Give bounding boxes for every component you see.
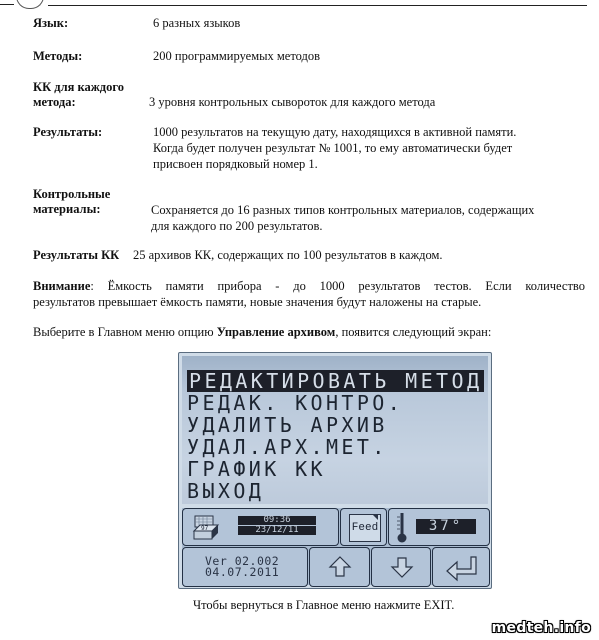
spec-label: материалы: bbox=[33, 202, 101, 217]
spec-value: 200 программируемых методов bbox=[153, 49, 320, 64]
version-date: 04.07.2011 bbox=[205, 567, 279, 578]
menu-option-name: Управление архивом bbox=[217, 325, 336, 339]
logo-icon bbox=[16, 0, 44, 9]
status-panel: 97 09:36 23/12/11 Feed 37° bbox=[182, 508, 488, 585]
thermometer-icon bbox=[397, 512, 407, 544]
watermark: medteh.info bbox=[492, 620, 591, 636]
svg-text:97: 97 bbox=[201, 525, 209, 532]
spec-value: присвоен порядковый номер 1. bbox=[153, 157, 318, 172]
arrow-up-icon bbox=[328, 555, 352, 579]
clock-time: 09:36 bbox=[238, 516, 316, 525]
feed-cell[interactable]: Feed bbox=[340, 508, 387, 546]
spec-value: 6 разных языков bbox=[153, 16, 240, 31]
menu-item-edit-control[interactable]: РЕДАК. КОНТРО. bbox=[187, 392, 403, 414]
page-corner-icon bbox=[373, 515, 378, 520]
calendar-icon: 97 bbox=[192, 515, 220, 541]
spec-value: 25 архивов КК, содержащих по 100 результ… bbox=[133, 248, 443, 263]
spec-label: Результаты КК bbox=[33, 248, 119, 263]
spec-label: Контрольные bbox=[33, 187, 110, 202]
down-button[interactable] bbox=[371, 547, 431, 587]
spec-value: Когда будет получен результат № 1001, то… bbox=[153, 141, 512, 156]
lcd-menu: РЕДАКТИРОВАТЬ МЕТОД РЕДАК. КОНТРО. УДАЛИ… bbox=[182, 356, 488, 504]
menu-item-edit-method[interactable]: РЕДАКТИРОВАТЬ МЕТОД bbox=[187, 370, 484, 392]
arrow-down-icon bbox=[390, 556, 414, 580]
spec-label: Язык: bbox=[33, 16, 68, 31]
spec-value: для каждого по 200 результатов. bbox=[151, 219, 322, 234]
header-rule-left bbox=[0, 4, 14, 7]
header-rule bbox=[48, 5, 587, 8]
spec-value: Сохраняется до 16 разных типов контрольн… bbox=[151, 203, 534, 218]
spec-label: Результаты: bbox=[33, 125, 102, 140]
spec-value: 1000 результатов на текущую дату, находя… bbox=[153, 125, 516, 140]
attention-line-2: результатов превышает ёмкость памяти, но… bbox=[33, 294, 585, 310]
enter-button[interactable] bbox=[432, 547, 490, 587]
spec-label: Методы: bbox=[33, 49, 82, 64]
enter-arrow-icon bbox=[445, 554, 479, 582]
spec-value: 3 уровня контрольных сывороток для каждо… bbox=[149, 95, 435, 110]
version-cell: Ver 02.002 04.07.2011 bbox=[182, 547, 308, 587]
datetime-cell: 97 09:36 23/12/11 bbox=[182, 508, 339, 546]
clock-date: 23/12/11 bbox=[238, 526, 316, 535]
menu-item-delete-archive[interactable]: УДАЛИТЬ АРХИВ bbox=[187, 414, 388, 436]
menu-item-delete-method-archive[interactable]: УДАЛ.АРХ.МЕТ. bbox=[187, 436, 388, 458]
temperature-readout: 37° bbox=[416, 519, 476, 534]
caption: Чтобы вернуться в Главное меню нажмите E… bbox=[193, 598, 454, 613]
up-button[interactable] bbox=[309, 547, 370, 587]
spec-label: КК для каждого bbox=[33, 80, 124, 95]
instruction: Выберите в Главном меню опцию Управление… bbox=[33, 324, 585, 340]
temperature-cell: 37° bbox=[388, 508, 490, 546]
attention-label: Внимание bbox=[33, 279, 90, 293]
spec-label: метода: bbox=[33, 95, 76, 110]
menu-item-qc-chart[interactable]: ГРАФИК КК bbox=[187, 458, 326, 480]
attention-line-1: Внимание: Ёмкость памяти прибора - до 10… bbox=[33, 278, 585, 294]
menu-item-exit[interactable]: ВЫХОД bbox=[187, 480, 264, 502]
device-screen: РЕДАКТИРОВАТЬ МЕТОД РЕДАК. КОНТРО. УДАЛИ… bbox=[178, 352, 492, 589]
